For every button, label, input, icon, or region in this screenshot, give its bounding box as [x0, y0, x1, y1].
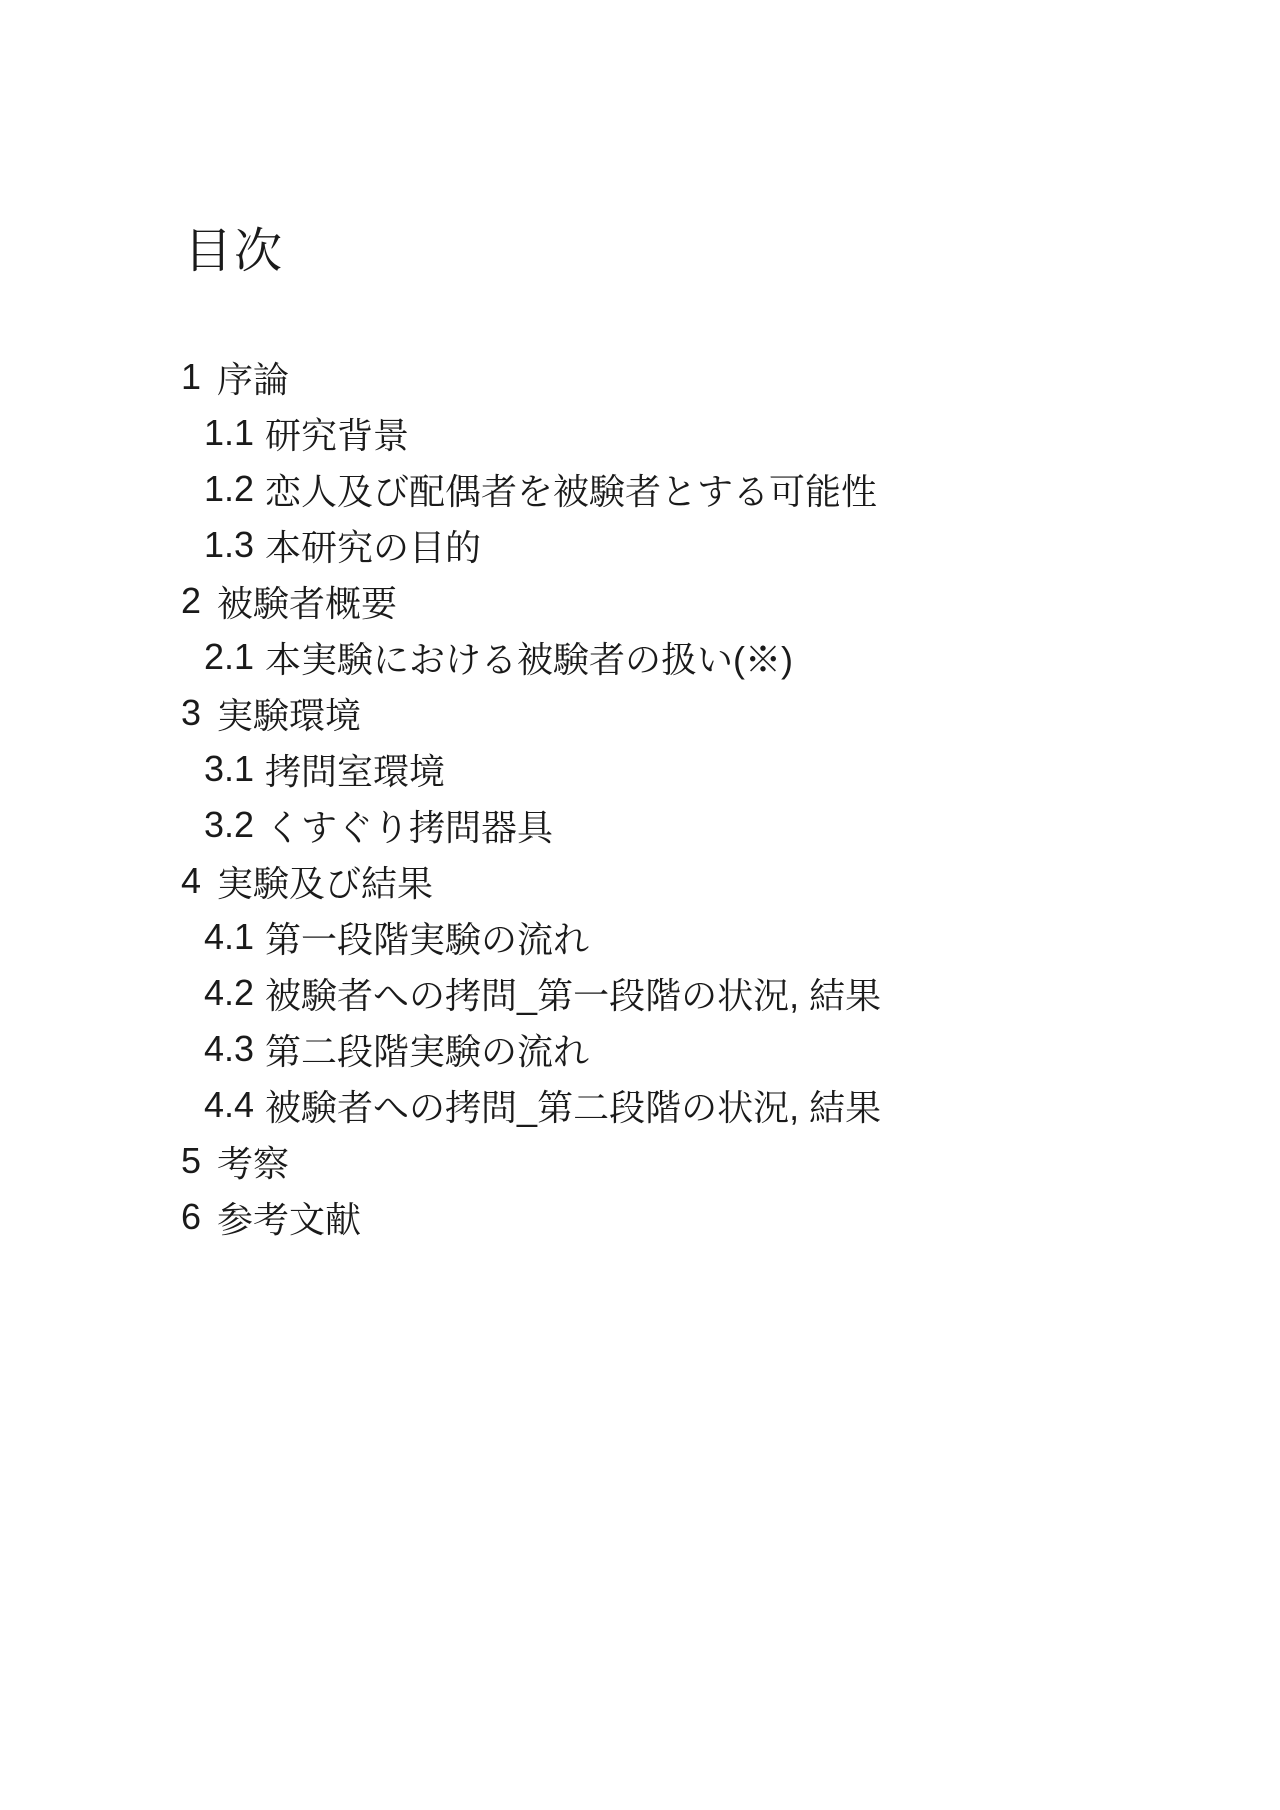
toc-entry-label: 実験環境: [217, 688, 361, 739]
toc-entry-label: 序論: [217, 352, 289, 403]
toc-entry-label: 参考文献: [217, 1192, 361, 1243]
toc-entry: 6参考文献: [181, 1189, 881, 1245]
toc-entry-number: 6: [181, 1196, 201, 1238]
toc-entry-label: 第一段階実験の流れ: [265, 912, 589, 963]
toc-entry: 4実験及び結果: [181, 853, 881, 909]
toc-entry-number: 3.2: [204, 804, 254, 846]
toc-entry-number: 1: [181, 356, 201, 398]
toc-entry: 4.2被験者への拷問_第一段階の状況, 結果: [181, 965, 881, 1021]
document-page: 目次 1序論 1.1研究背景 1.2恋人及び配偶者を被験者とする可能性 1.3本…: [0, 0, 1280, 1810]
toc-entry: 2.1本実験における被験者の扱い(※): [181, 629, 881, 685]
toc-entry-number: 4.2: [204, 972, 254, 1014]
toc-entry-number: 3: [181, 692, 201, 734]
toc-entry-number: 1.3: [204, 524, 254, 566]
toc-entry-label: 被験者への拷問_第二段階の状況, 結果: [265, 1080, 881, 1131]
toc-entry: 3.2くすぐり拷問器具: [181, 797, 881, 853]
toc-entry-label: 恋人及び配偶者を被験者とする可能性: [265, 464, 877, 515]
toc-entry: 1.3本研究の目的: [181, 517, 881, 573]
toc-entry: 1序論: [181, 349, 881, 405]
toc-entry-number: 4: [181, 860, 201, 902]
table-of-contents: 1序論 1.1研究背景 1.2恋人及び配偶者を被験者とする可能性 1.3本研究の…: [181, 349, 881, 1245]
toc-entry-number: 2: [181, 580, 201, 622]
toc-entry: 4.4被験者への拷問_第二段階の状況, 結果: [181, 1077, 881, 1133]
toc-entry-label: 本研究の目的: [265, 520, 481, 571]
toc-entry-label: くすぐり拷問器具: [265, 800, 553, 851]
toc-entry-number: 1.1: [204, 412, 254, 454]
toc-entry-number: 4.4: [204, 1084, 254, 1126]
toc-entry: 3実験環境: [181, 685, 881, 741]
toc-entry-label: 実験及び結果: [217, 856, 433, 907]
toc-entry-label: 被験者への拷問_第一段階の状況, 結果: [265, 968, 881, 1019]
toc-entry-label: 研究背景: [265, 408, 409, 459]
toc-entry-label: 考察: [217, 1136, 289, 1187]
toc-entry: 3.1拷問室環境: [181, 741, 881, 797]
toc-entry-label: 被験者概要: [217, 576, 397, 627]
toc-entry-number: 5: [181, 1140, 201, 1182]
toc-entry-number: 3.1: [204, 748, 254, 790]
toc-entry: 4.1第一段階実験の流れ: [181, 909, 881, 965]
toc-entry: 5考察: [181, 1133, 881, 1189]
toc-entry-label: 第二段階実験の流れ: [265, 1024, 589, 1075]
toc-entry-number: 4.3: [204, 1028, 254, 1070]
toc-entry-label: 拷問室環境: [265, 744, 445, 795]
toc-entry: 1.2恋人及び配偶者を被験者とする可能性: [181, 461, 881, 517]
toc-entry-number: 4.1: [204, 916, 254, 958]
toc-entry: 4.3第二段階実験の流れ: [181, 1021, 881, 1077]
toc-entry-number: 1.2: [204, 468, 254, 510]
toc-entry: 1.1研究背景: [181, 405, 881, 461]
toc-entry-label: 本実験における被験者の扱い(※): [265, 632, 793, 683]
toc-entry-number: 2.1: [204, 636, 254, 678]
toc-entry: 2被験者概要: [181, 573, 881, 629]
page-title: 目次: [184, 223, 284, 281]
